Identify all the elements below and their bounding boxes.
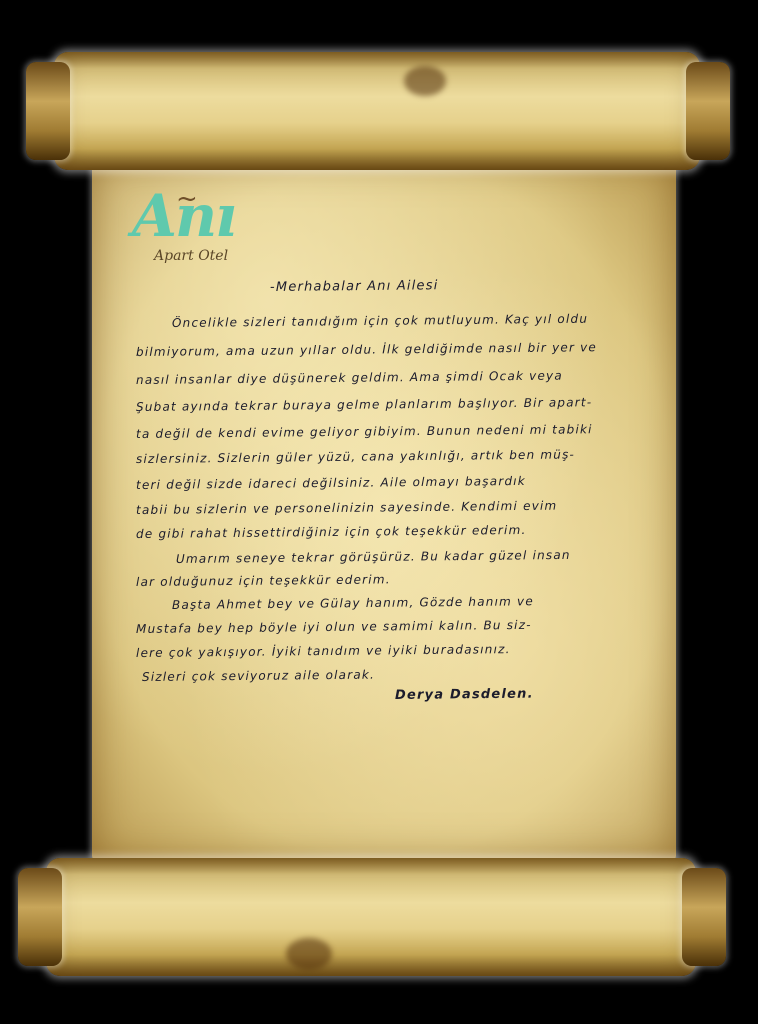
letter-line: ta değil de kendi evime geliyor gibiyim.… (136, 422, 593, 441)
letter-line: Sizleri çok seviyoruz aile olarak. (142, 668, 375, 684)
letter-line: Öncelikle sizleri tanıdığım için çok mut… (172, 312, 588, 330)
letter-signature: Derya Dasdelen. (395, 687, 534, 703)
letter-line: Mustafa bey hep böyle iyi olun ve samimi… (136, 618, 532, 636)
letter-line: sizlersiniz. Sizlerin güler yüzü, cana y… (136, 447, 575, 466)
letter-line: Başta Ahmet bey ve Gülay hanım, Gözde ha… (172, 594, 534, 612)
letter-line: lere çok yakışıyor. İyiki tanıdım ve iyi… (136, 642, 511, 660)
letter-line: lar olduğunuz için teşekkür ederim. (136, 572, 391, 589)
letter-greeting: -Merhabalar Anı Ailesi (270, 278, 439, 295)
letter-line: tabii bu sizlerin ve personelinizin saye… (136, 499, 558, 517)
letter-line: teri değil sizde idareci değilsiniz. Ail… (136, 474, 526, 492)
letter-line: de gibi rahat hissettirdiğiniz için çok … (136, 523, 527, 541)
letter-line: Şubat ayında tekrar buraya gelme planlar… (136, 395, 592, 414)
letter-line: Umarım seneye tekrar görüşürüz. Bu kadar… (176, 548, 571, 566)
handwritten-letter: -Merhabalar Anı Ailesi Öncelikle sizleri… (0, 0, 758, 1024)
letter-line: bilmiyorum, ama uzun yıllar oldu. İlk ge… (136, 340, 597, 359)
letter-line: nasıl insanlar diye düşünerek geldim. Am… (136, 369, 563, 387)
